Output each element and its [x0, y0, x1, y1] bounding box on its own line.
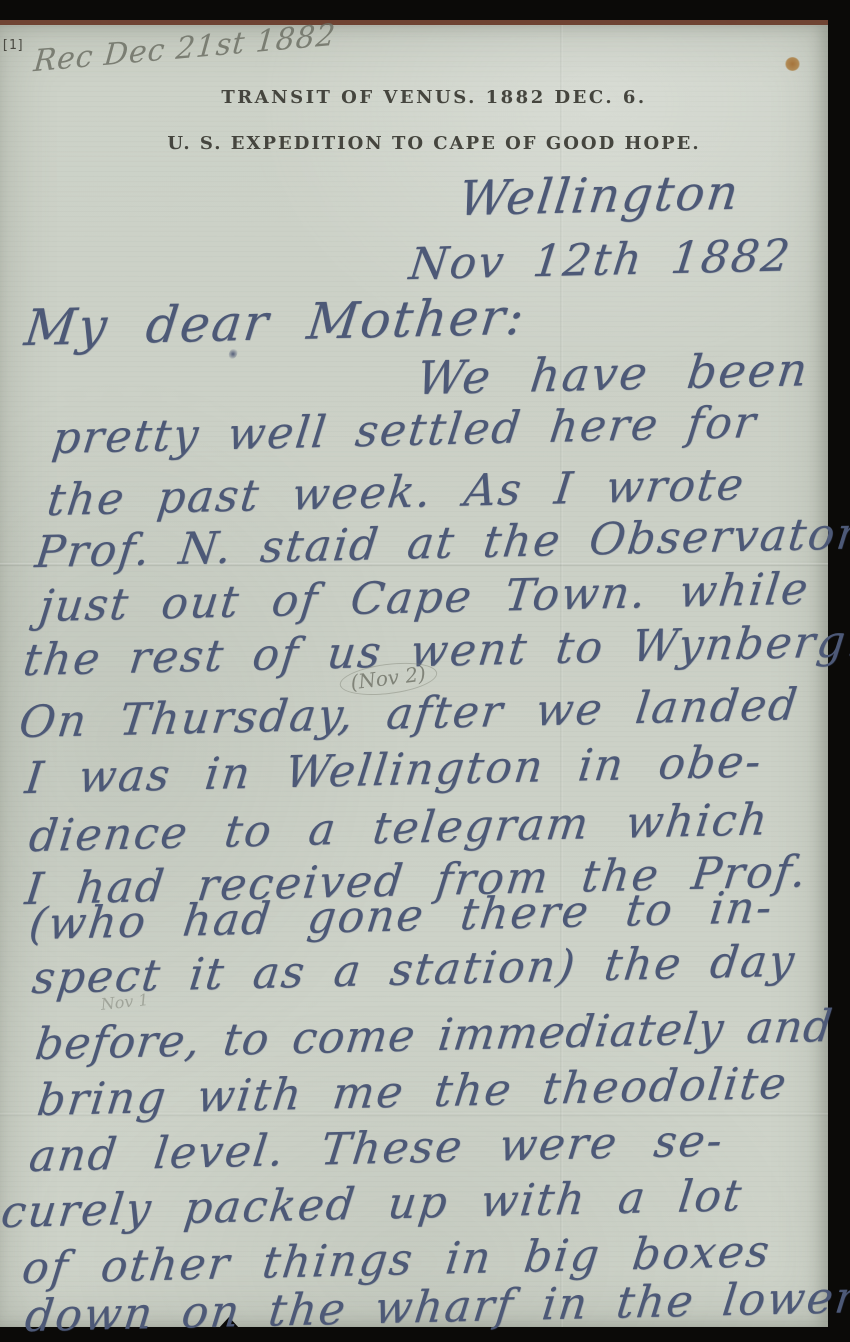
letter-line: curely packed up with a lot: [0, 1174, 745, 1235]
letter-line: pretty well settled here for: [50, 401, 760, 461]
letterhead-subtitle: U. S. EXPEDITION TO CAPE OF GOOD HOPE.: [20, 133, 848, 154]
pencil-annotation-nov1: Nov 1: [100, 992, 149, 1013]
letter-line: I was in Wellington in obe-: [23, 740, 765, 801]
handwritten-place: Wellington: [456, 169, 742, 224]
received-date-annotation: Rec Dec 21st 1882: [32, 21, 337, 78]
page-number-marker: [1]: [1, 38, 24, 53]
letter-line: We have been: [415, 346, 812, 401]
scan-frame: [1] Rec Dec 21st 1882 TRANSIT OF VENUS. …: [0, 0, 850, 1342]
letter-line: bring with me the theodolite: [35, 1062, 790, 1123]
letter-line: and level. These were se-: [27, 1119, 726, 1179]
letterhead-title: TRANSIT OF VENUS. 1882 DEC. 6.: [20, 87, 848, 108]
letter-line: before, to come immediately and: [33, 1005, 835, 1067]
handwritten-date: Nov 12th 1882: [407, 234, 794, 287]
letter-line: On Thursday, after we landed: [17, 683, 801, 745]
handwritten-salutation: My dear Mother:: [22, 292, 528, 354]
foxing-spot: [785, 57, 800, 71]
letter-page: [1] Rec Dec 21st 1882 TRANSIT OF VENUS. …: [0, 20, 828, 1327]
